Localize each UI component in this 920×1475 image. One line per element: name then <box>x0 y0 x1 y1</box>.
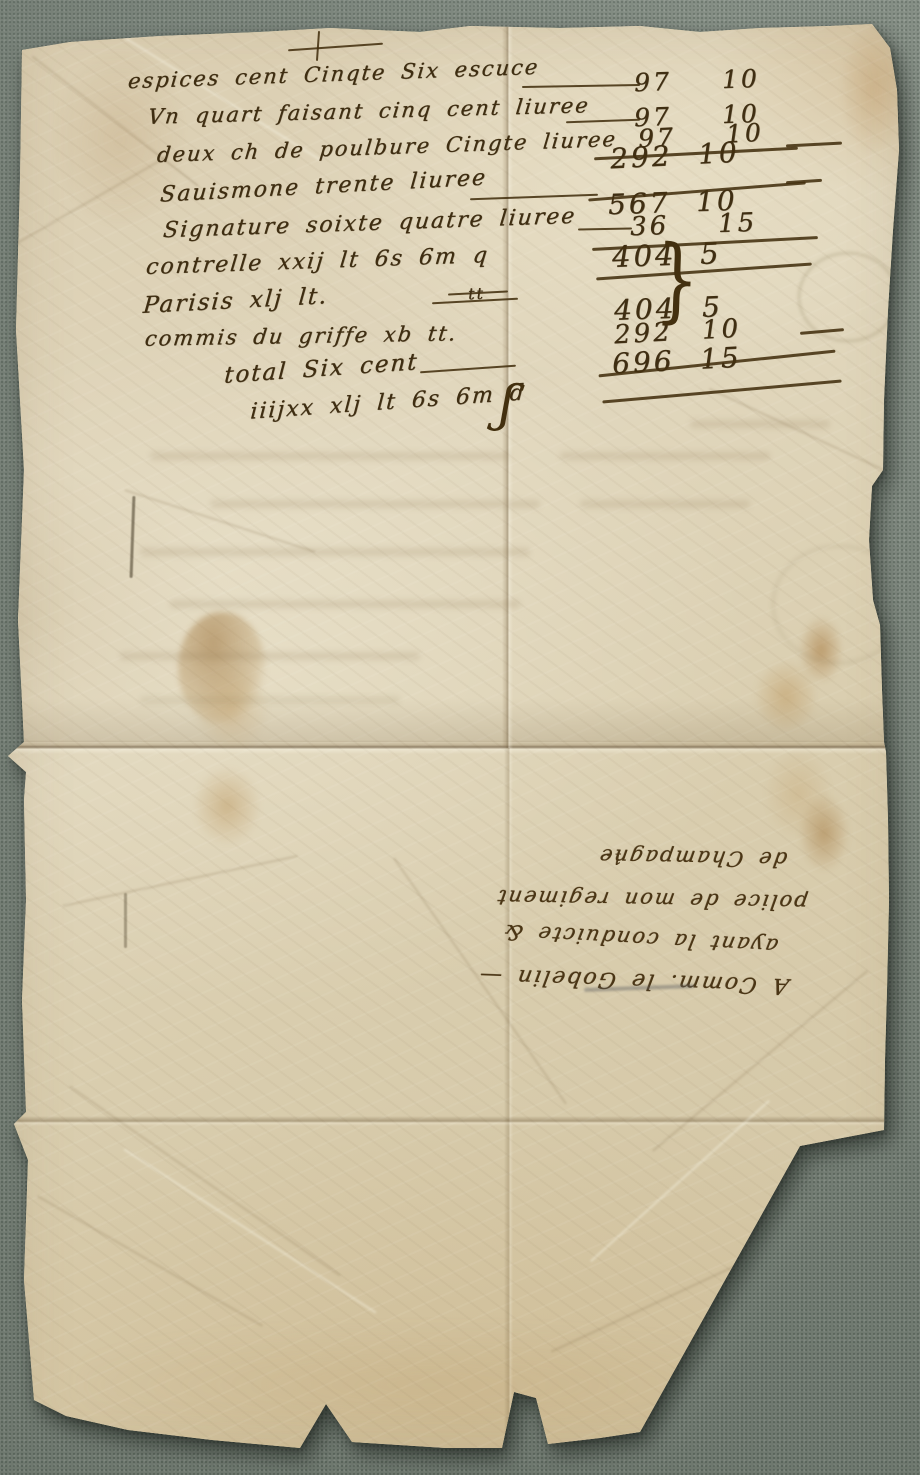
account-line: Vn quart faisant cinq cent liuree <box>147 93 591 129</box>
amount-row: 9710 <box>637 118 764 154</box>
ink-underline <box>588 181 806 201</box>
stain <box>80 1330 780 1440</box>
account-line: Sauismone trente liuree <box>159 165 488 207</box>
ink-dash <box>470 194 598 200</box>
sous-value: 15 <box>717 208 757 239</box>
docket-line: de Champagne <box>596 844 789 871</box>
bleed-through-line <box>690 420 830 428</box>
account-line-total: total Six cent <box>223 349 419 389</box>
sous-value: 10 <box>721 64 760 94</box>
pencil-underline <box>584 984 694 992</box>
stain <box>766 752 830 836</box>
stain <box>842 28 904 152</box>
bleed-through-line <box>580 500 750 508</box>
ink-smudge-vertical <box>124 893 127 948</box>
crease-line <box>32 56 199 187</box>
amount-row: 4045 <box>613 290 723 327</box>
stain <box>178 612 266 724</box>
ink-underline <box>596 262 812 280</box>
cross-mark <box>288 43 383 52</box>
amount-row: 3615 <box>630 208 758 242</box>
ink-underline <box>592 236 818 251</box>
crease-line <box>37 1195 263 1327</box>
stain <box>194 768 260 844</box>
amount-row: 9710 <box>634 99 761 132</box>
livres-value: 404 <box>613 291 684 326</box>
vertical-fold-crease-upper <box>502 0 513 748</box>
bleed-through-line <box>150 452 510 460</box>
ink-smudge-vertical <box>130 496 136 578</box>
sous-value: 10 <box>721 99 760 129</box>
ink-dash <box>448 290 508 295</box>
sous-value: 5 <box>699 236 722 271</box>
docket-line: A Comm. le Gobelin — <box>476 963 791 999</box>
brace-flourish: } <box>654 233 701 326</box>
crease-line <box>709 388 891 474</box>
sous-value: 5 <box>701 290 723 324</box>
crease-line <box>652 970 868 1152</box>
ink-strike-line <box>598 350 835 378</box>
horizontal-fold-crease-lower <box>0 1116 920 1126</box>
manuscript-photo: { "meta": { "description": "Photograph o… <box>0 0 920 1475</box>
livres-value: 97 <box>634 101 705 132</box>
vertical-fold-crease-lower <box>504 748 513 1475</box>
docket-line: ayant la conduicte & <box>500 920 780 958</box>
crease-line <box>12 155 169 247</box>
sous-value: 10 <box>695 184 738 218</box>
livres-value: 292 <box>609 139 681 176</box>
sous-value: 15 <box>699 341 742 376</box>
paper-wrapper: espices cent Cinqte Six escuce Vn quart … <box>0 0 920 1475</box>
bleed-through-line <box>120 652 420 660</box>
bleed-through-line <box>170 600 520 608</box>
docket-mark: 1. <box>604 850 623 869</box>
ink-dash <box>432 298 518 304</box>
sous-value: 10 <box>725 118 764 149</box>
ink-tail-stroke <box>800 328 844 335</box>
horizontal-fold-crease <box>0 740 920 754</box>
stain <box>800 796 848 870</box>
crease-line <box>551 1249 769 1352</box>
account-line: commis du griffe xb tt. <box>144 321 459 351</box>
crease-line <box>69 1086 340 1277</box>
account-line: Parisis xlj lt. <box>142 283 330 319</box>
livres-value: 567 <box>607 186 678 221</box>
bleed-through-line <box>210 500 540 508</box>
livres-value: 696 <box>611 344 683 381</box>
ink-tail-stroke <box>786 179 822 185</box>
ink-underline <box>602 380 841 404</box>
account-line-total-detail: iiijxx xlj lt 6s 6m d <box>249 380 526 424</box>
ink-dash <box>420 365 516 374</box>
ink-dash <box>578 228 632 231</box>
livres-value: 36 <box>630 210 701 242</box>
sous-value: 10 <box>697 136 740 171</box>
crease-line <box>125 489 316 553</box>
bleed-through-line <box>140 696 400 704</box>
account-line: contrelle xxij lt 6s 6m q <box>145 243 490 280</box>
paper-sheet: espices cent Cinqte Six escuce Vn quart … <box>0 0 920 1475</box>
amount-row: 56710 <box>607 184 738 222</box>
superscript-tt: tt <box>468 284 486 304</box>
swash-flourish: ʃ <box>496 377 517 430</box>
crease-highlight <box>590 1100 770 1262</box>
livres-value: 404 <box>611 237 682 273</box>
ink-dash <box>566 119 640 124</box>
livres-value: 97 <box>637 121 708 154</box>
ink-tail-stroke <box>786 142 842 148</box>
crease-line <box>393 858 567 1105</box>
livres-value: 97 <box>634 66 705 97</box>
sous-value: 10 <box>701 314 742 346</box>
crease-highlight <box>124 1148 377 1313</box>
stain <box>55 55 185 225</box>
account-line: Signature soixte quatre liuree <box>162 204 578 244</box>
amount-row: 29210 <box>609 136 740 176</box>
watermark-circle <box>772 545 906 664</box>
stain <box>196 668 268 750</box>
amount-row: 29210 <box>613 314 741 351</box>
ink-dash <box>522 84 640 88</box>
account-line: deux ch de poulbure Cingte liuree <box>156 127 618 167</box>
ink-underline <box>594 147 798 161</box>
stain <box>756 662 816 730</box>
docket-line: police de mon regiment <box>494 885 809 914</box>
amount-row: 4045 <box>611 236 722 274</box>
bleed-through-line <box>560 452 770 460</box>
horizontal-fold-shadow <box>0 698 920 742</box>
crease-line <box>62 855 297 907</box>
cross-mark <box>316 31 320 61</box>
amount-row-total: 69615 <box>611 341 742 381</box>
livres-value: 292 <box>613 317 684 351</box>
amount-row: 9710 <box>634 64 761 97</box>
bleed-through-line <box>140 548 530 556</box>
account-line: espices cent Cinqte Six escuce <box>127 55 541 93</box>
crease-highlight <box>99 21 321 160</box>
watermark-circle <box>798 252 898 342</box>
stain <box>800 618 842 682</box>
